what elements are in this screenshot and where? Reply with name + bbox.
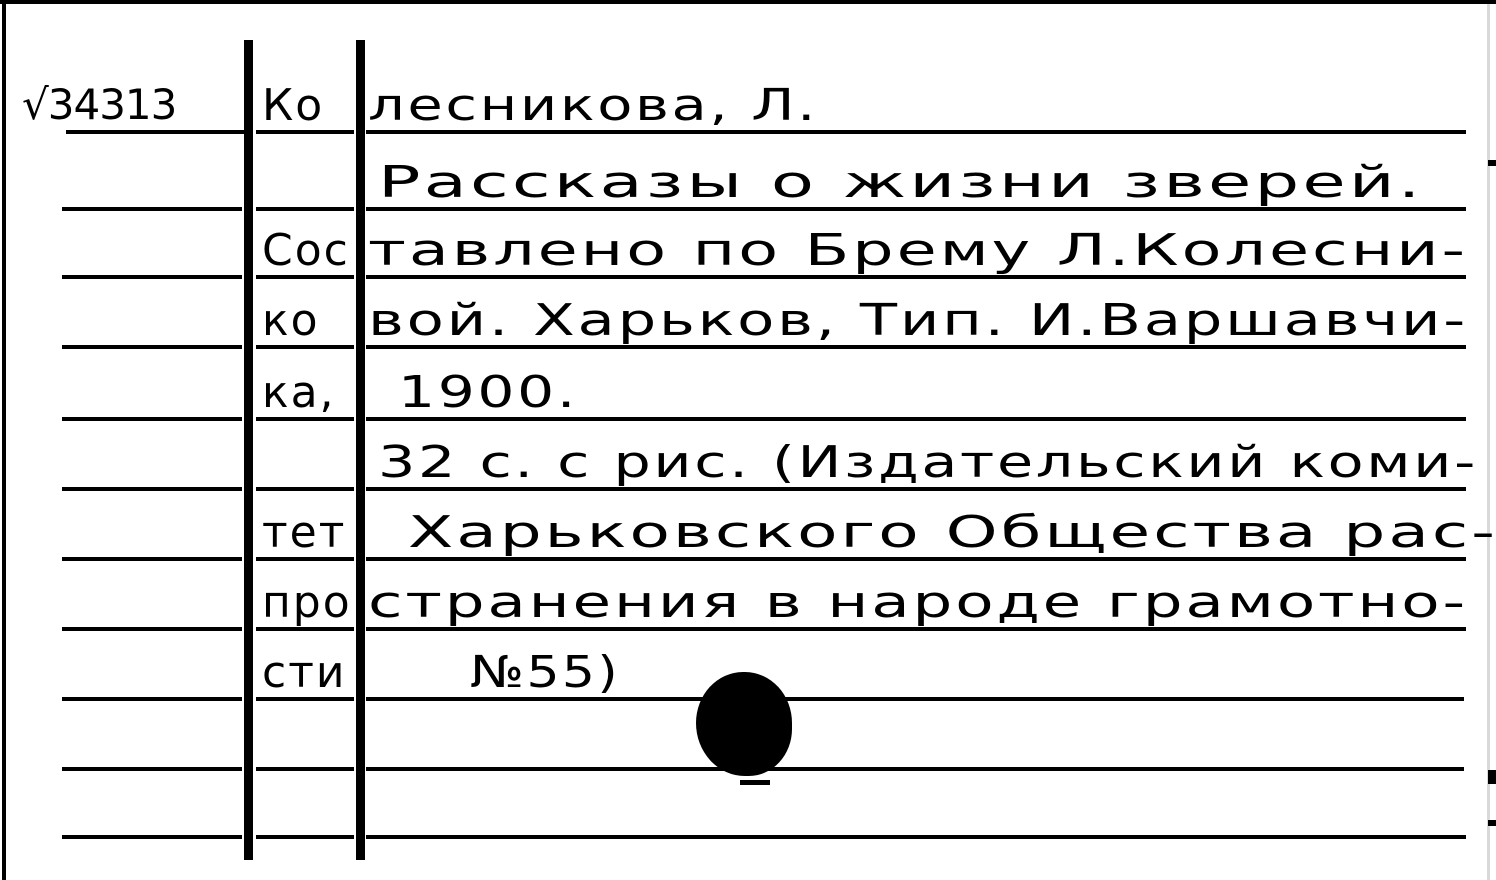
ruled-line (366, 767, 1464, 771)
card-top-edge (0, 0, 1496, 4)
ruled-line (256, 835, 354, 839)
left-column-text: ко (262, 299, 320, 343)
ruled-line (62, 627, 242, 631)
main-column-text: Рассказы о жизни зверей. (378, 161, 1423, 205)
ruled-line (256, 487, 354, 491)
ruled-line (256, 207, 354, 211)
main-column-text: лесникова, Л. (368, 84, 818, 128)
ruled-line (62, 835, 242, 839)
main-column-text: 32 с. с рис. (Издательский коми- (378, 441, 1478, 485)
call-number: √34313 (22, 84, 176, 126)
card-left-edge (2, 0, 6, 880)
scan-speck (740, 780, 770, 785)
left-column-text: Ко (262, 84, 324, 128)
main-column-text: Харьковского Общества рас- (408, 511, 1496, 555)
main-column-text: №55) (470, 651, 620, 695)
catalog-card: √34313 Колесникова, Л.Рассказы о жизни з… (0, 0, 1496, 880)
margin-rule-2 (356, 40, 365, 860)
ruled-line (62, 417, 242, 421)
ruled-line (62, 345, 242, 349)
margin-rule-1 (244, 40, 253, 860)
left-column-text: Сос (262, 229, 350, 273)
scan-speck (1488, 770, 1496, 784)
ruled-line (66, 130, 244, 134)
scan-speck (1488, 820, 1496, 826)
ruled-line (62, 767, 242, 771)
main-column-text: тавлено по Брему Л.Колесни- (368, 229, 1468, 273)
left-column-text: сти (262, 651, 346, 695)
left-column-text: ка, (262, 371, 336, 415)
ruled-line (62, 275, 242, 279)
ruled-line (62, 487, 242, 491)
main-column-text: странения в народе грамотно- (368, 581, 1468, 625)
main-column-text: вой. Харьков, Тип. И.Варшавчи- (368, 299, 1468, 343)
ruled-line (366, 835, 1466, 839)
ruled-line (62, 697, 242, 701)
card-right-edge (1487, 0, 1490, 880)
main-column-text: 1900. (398, 371, 578, 415)
ruled-line (62, 207, 242, 211)
left-column-text: тет (262, 511, 346, 555)
left-column-text: про (262, 581, 352, 625)
ruled-line (256, 767, 354, 771)
punch-hole (696, 672, 792, 776)
ruled-line (62, 557, 242, 561)
scan-speck (1488, 160, 1496, 166)
